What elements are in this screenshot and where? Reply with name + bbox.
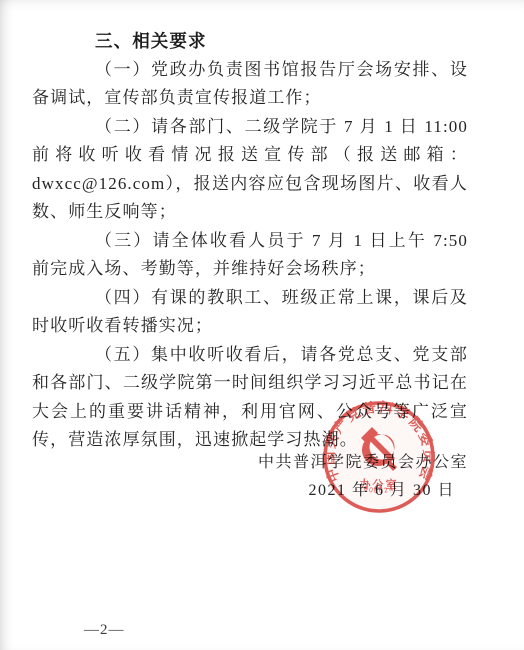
signature-block: 中共普洱学院委员会办公室 2021 年 6 月 30 日 xyxy=(258,449,468,505)
paragraph-4: （四）有课的教职工、班级正常上课，课后及时收听收看转播实况； xyxy=(32,284,468,341)
paragraph-5: （五）集中收听收看后，请各党总支、党支部和各部门、二级学院第一时间组织学习习近平… xyxy=(32,341,468,455)
paragraph-3: （三）请全体收看人员于 7 月 1 日上午 7:50 前完成入场、考勤等，并维持… xyxy=(32,227,468,284)
signature-date: 2021 年 6 月 30 日 xyxy=(258,477,468,505)
document-body: 三、相关要求 （一）党政办负责图书馆报告厅会场安排、设备调试，宣传部负责宣传报道… xyxy=(32,27,468,455)
document-page: 三、相关要求 （一）党政办负责图书馆报告厅会场安排、设备调试，宣传部负责宣传报道… xyxy=(0,0,524,650)
section-heading: 三、相关要求 xyxy=(32,27,468,56)
page-number: —2— xyxy=(84,622,125,639)
signature-organization: 中共普洱学院委员会办公室 xyxy=(258,449,468,477)
paragraph-1: （一）党政办负责图书馆报告厅会场安排、设备调试，宣传部负责宣传报道工作； xyxy=(32,56,468,113)
paragraph-2: （二）请各部门、二级学院于 7 月 1 日 11:00 前将收听收看情况报送宣传… xyxy=(32,113,468,227)
